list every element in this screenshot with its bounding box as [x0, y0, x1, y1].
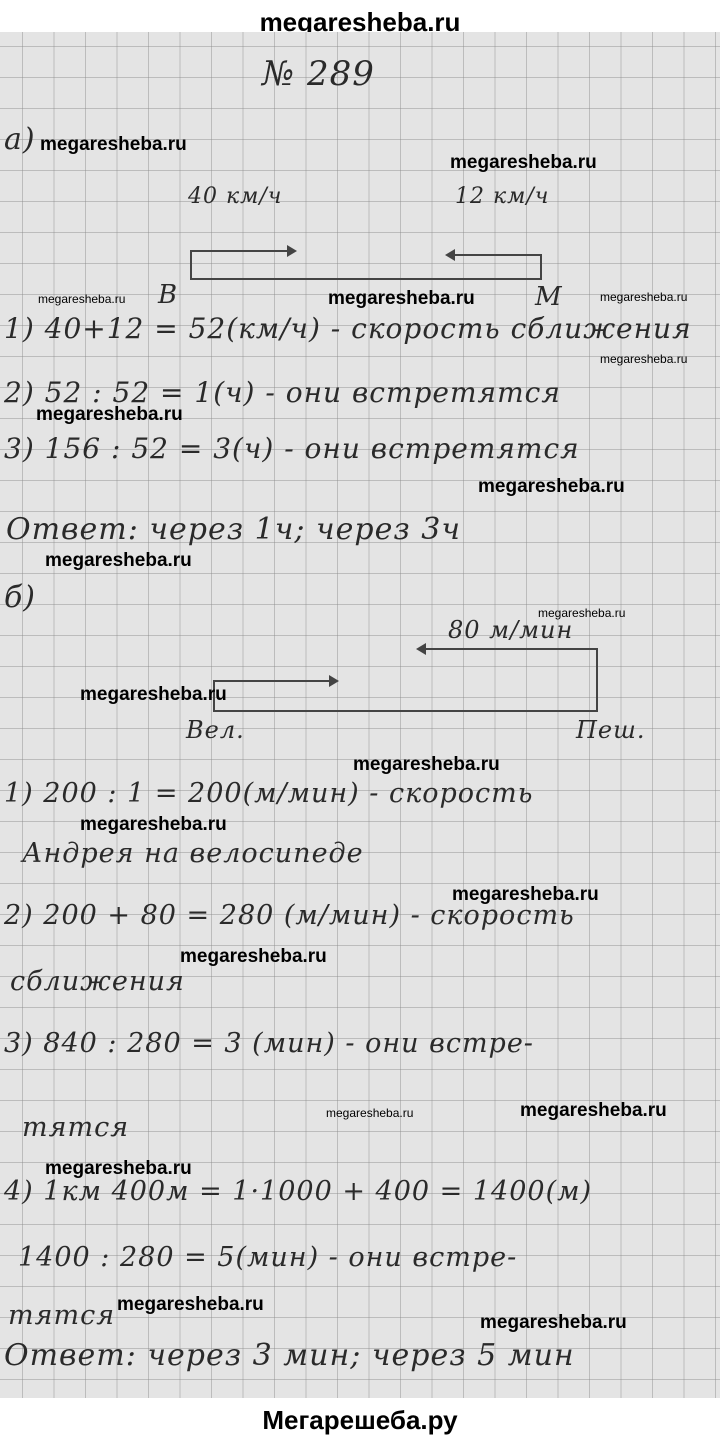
diagram-a-arrow-left — [447, 254, 542, 256]
diagram-b-right-speed: 80 м/мин — [448, 616, 573, 644]
part-b-step-2-cont: сближения — [10, 966, 185, 997]
watermark: megaresheba.ru — [328, 288, 475, 310]
watermark: megaresheba.ru — [600, 290, 687, 304]
part-b-step-1-cont: Андрея на велосипеде — [22, 838, 364, 869]
part-b-answer: Ответ: через 3 мин; через 5 мин — [4, 1338, 575, 1373]
part-b-step-4-cont2: тятся — [8, 1300, 115, 1331]
diagram-b-point-pesh: Пеш. — [576, 716, 646, 744]
watermark: megaresheba.ru — [38, 292, 125, 306]
watermark: megaresheba.ru — [353, 754, 500, 776]
diagram-b-segment — [215, 710, 598, 712]
part-a-answer: Ответ: через 1ч; через 3ч — [6, 512, 461, 547]
watermark: megaresheba.ru — [480, 1312, 627, 1334]
part-b-step-2: 2) 200 + 80 = 280 (м/мин) - скорость — [4, 900, 575, 931]
part-b-label: б) — [4, 580, 36, 615]
diagram-a-left-speed: 40 км/ч — [188, 184, 282, 209]
watermark: megaresheba.ru — [520, 1100, 667, 1122]
diagram-a-point-m: М — [535, 282, 563, 312]
watermark: megaresheba.ru — [180, 946, 327, 968]
watermark: megaresheba.ru — [36, 404, 183, 426]
diagram-a-right-speed: 12 км/ч — [455, 184, 549, 209]
part-b-step-1: 1) 200 : 1 = 200(м/мин) - скорость — [4, 778, 533, 809]
diagram-b-right-tick — [596, 648, 598, 712]
footer-site-name: Мегарешеба.ру — [262, 1405, 457, 1436]
watermark: megaresheba.ru — [117, 1294, 264, 1316]
diagram-a-point-b: В — [158, 280, 178, 310]
diagram-a-left-tick — [190, 250, 192, 280]
notebook-page: № 289 а) megaresheba.ru megaresheba.ru 4… — [0, 32, 720, 1398]
diagram-b-point-vel: Вел. — [186, 716, 245, 744]
part-a-step-3: 3) 156 : 52 = 3(ч) - они встретятся — [4, 432, 580, 465]
watermark: megaresheba.ru — [80, 684, 227, 706]
watermark: megaresheba.ru — [80, 814, 227, 836]
part-a-step-1: 1) 40+12 = 52(км/ч) - скорость сближения — [4, 312, 692, 345]
diagram-a-arrow-right — [190, 250, 295, 252]
diagram-a-segment — [190, 278, 542, 280]
part-b-step-4: 4) 1км 400м = 1·1000 + 400 = 1400(м) — [4, 1176, 592, 1207]
diagram-a-right-tick — [540, 254, 542, 280]
watermark: megaresheba.ru — [478, 476, 625, 498]
part-a-label: а) — [4, 122, 36, 157]
watermark: megaresheba.ru — [40, 134, 187, 156]
watermark: megaresheba.ru — [600, 352, 687, 366]
diagram-b-arrow-left — [418, 648, 598, 650]
problem-number: № 289 — [262, 54, 375, 94]
site-footer: Мегарешеба.ру — [0, 1398, 720, 1442]
diagram-b-arrow-right — [215, 680, 337, 682]
watermark: megaresheba.ru — [45, 550, 192, 572]
watermark: megaresheba.ru — [326, 1106, 413, 1120]
part-b-step-3: 3) 840 : 280 = 3 (мин) - они встре- — [4, 1028, 534, 1059]
watermark: megaresheba.ru — [450, 152, 597, 174]
part-b-step-3-cont: тятся — [22, 1112, 129, 1143]
part-b-step-4-cont: 1400 : 280 = 5(мин) - они встре- — [18, 1242, 517, 1273]
